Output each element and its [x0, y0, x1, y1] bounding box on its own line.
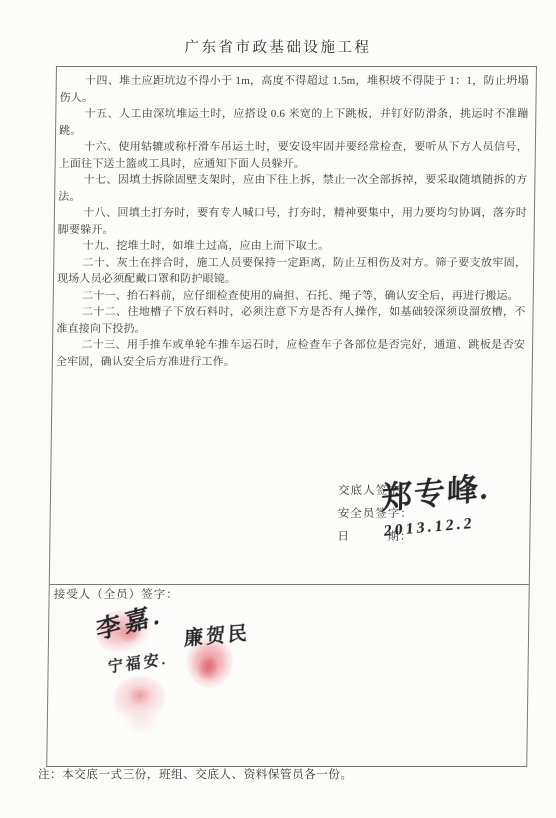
discloser-handwritten-signature: 郑专峰. [381, 462, 490, 519]
rule-item-15: 十五、人工由深坑堆运土时，应搭设 0.6 米宽的上下跳板，并钉好防滑条，挑运时不… [59, 106, 528, 139]
acceptor-handwritten-signature-3: 宁福安. [108, 648, 169, 678]
document-border-box: 十四、堆土应距坑边不得小于 1m，高度不得超过 1.5m，堆积坡不得陡于 1：1… [46, 66, 537, 767]
acceptor-handwritten-signature-2: 廉贺民 [184, 618, 251, 651]
document-title: 广东省市政基础设施工程 [0, 36, 556, 57]
rule-item-22: 二十二、往地槽子下放石料时，必须注意下方是否有人操作，如基础较深须设溜放槽，不准… [56, 304, 525, 337]
footer-note: 注：本交底一式三份，班组、交底人、资料保管员各一份。 [38, 766, 353, 782]
rule-item-19: 十九、挖堆土时，如堆土过高，应由上而下取土。 [57, 238, 526, 255]
fingerprint-stamp-3 [112, 674, 166, 724]
rule-item-21: 二十一、抬石料前，应仔细检查使用的扁担、石托、绳子等，确认安全后，再进行搬运。 [57, 288, 526, 305]
rule-item-23: 二十三、用手推车或单轮车推车运石时，应检查车子各部位是否完好，通道、跳板是否安全… [56, 337, 525, 370]
rule-item-18: 十八、回填土打夯时，要有专人喊口号，打夯时，精神要集中，用力要均匀协调，落夯时脚… [58, 205, 527, 238]
section-divider-line [50, 584, 529, 585]
acceptor-handwritten-signature-1: 李嘉. [95, 595, 165, 648]
scanned-document-page: 广东省市政基础设施工程 十四、堆土应距坑边不得小于 1m，高度不得超过 1.5m… [0, 0, 556, 818]
rule-item-14: 十四、堆土应距坑边不得小于 1m，高度不得超过 1.5m，堆积坡不得陡于 1：1… [59, 73, 528, 106]
rule-item-17: 十七、因填土拆除固壁支架时，应由下往上拆，禁止一次全部拆掉，要采取随填随拆的方法… [58, 172, 527, 205]
rule-item-16: 十六、使用轱辘或称杆滑车吊运土时，要安设牢固并要经常检查，要听从下方人员信号，上… [59, 139, 528, 172]
safety-rules-list: 十四、堆土应距坑边不得小于 1m，高度不得超过 1.5m，堆积坡不得陡于 1：1… [56, 73, 529, 370]
rule-item-20: 二十、灰土在拌合时，施工人员要保持一定距离，防止互相伤及对方。筛子要支放牢固，现… [57, 255, 526, 288]
